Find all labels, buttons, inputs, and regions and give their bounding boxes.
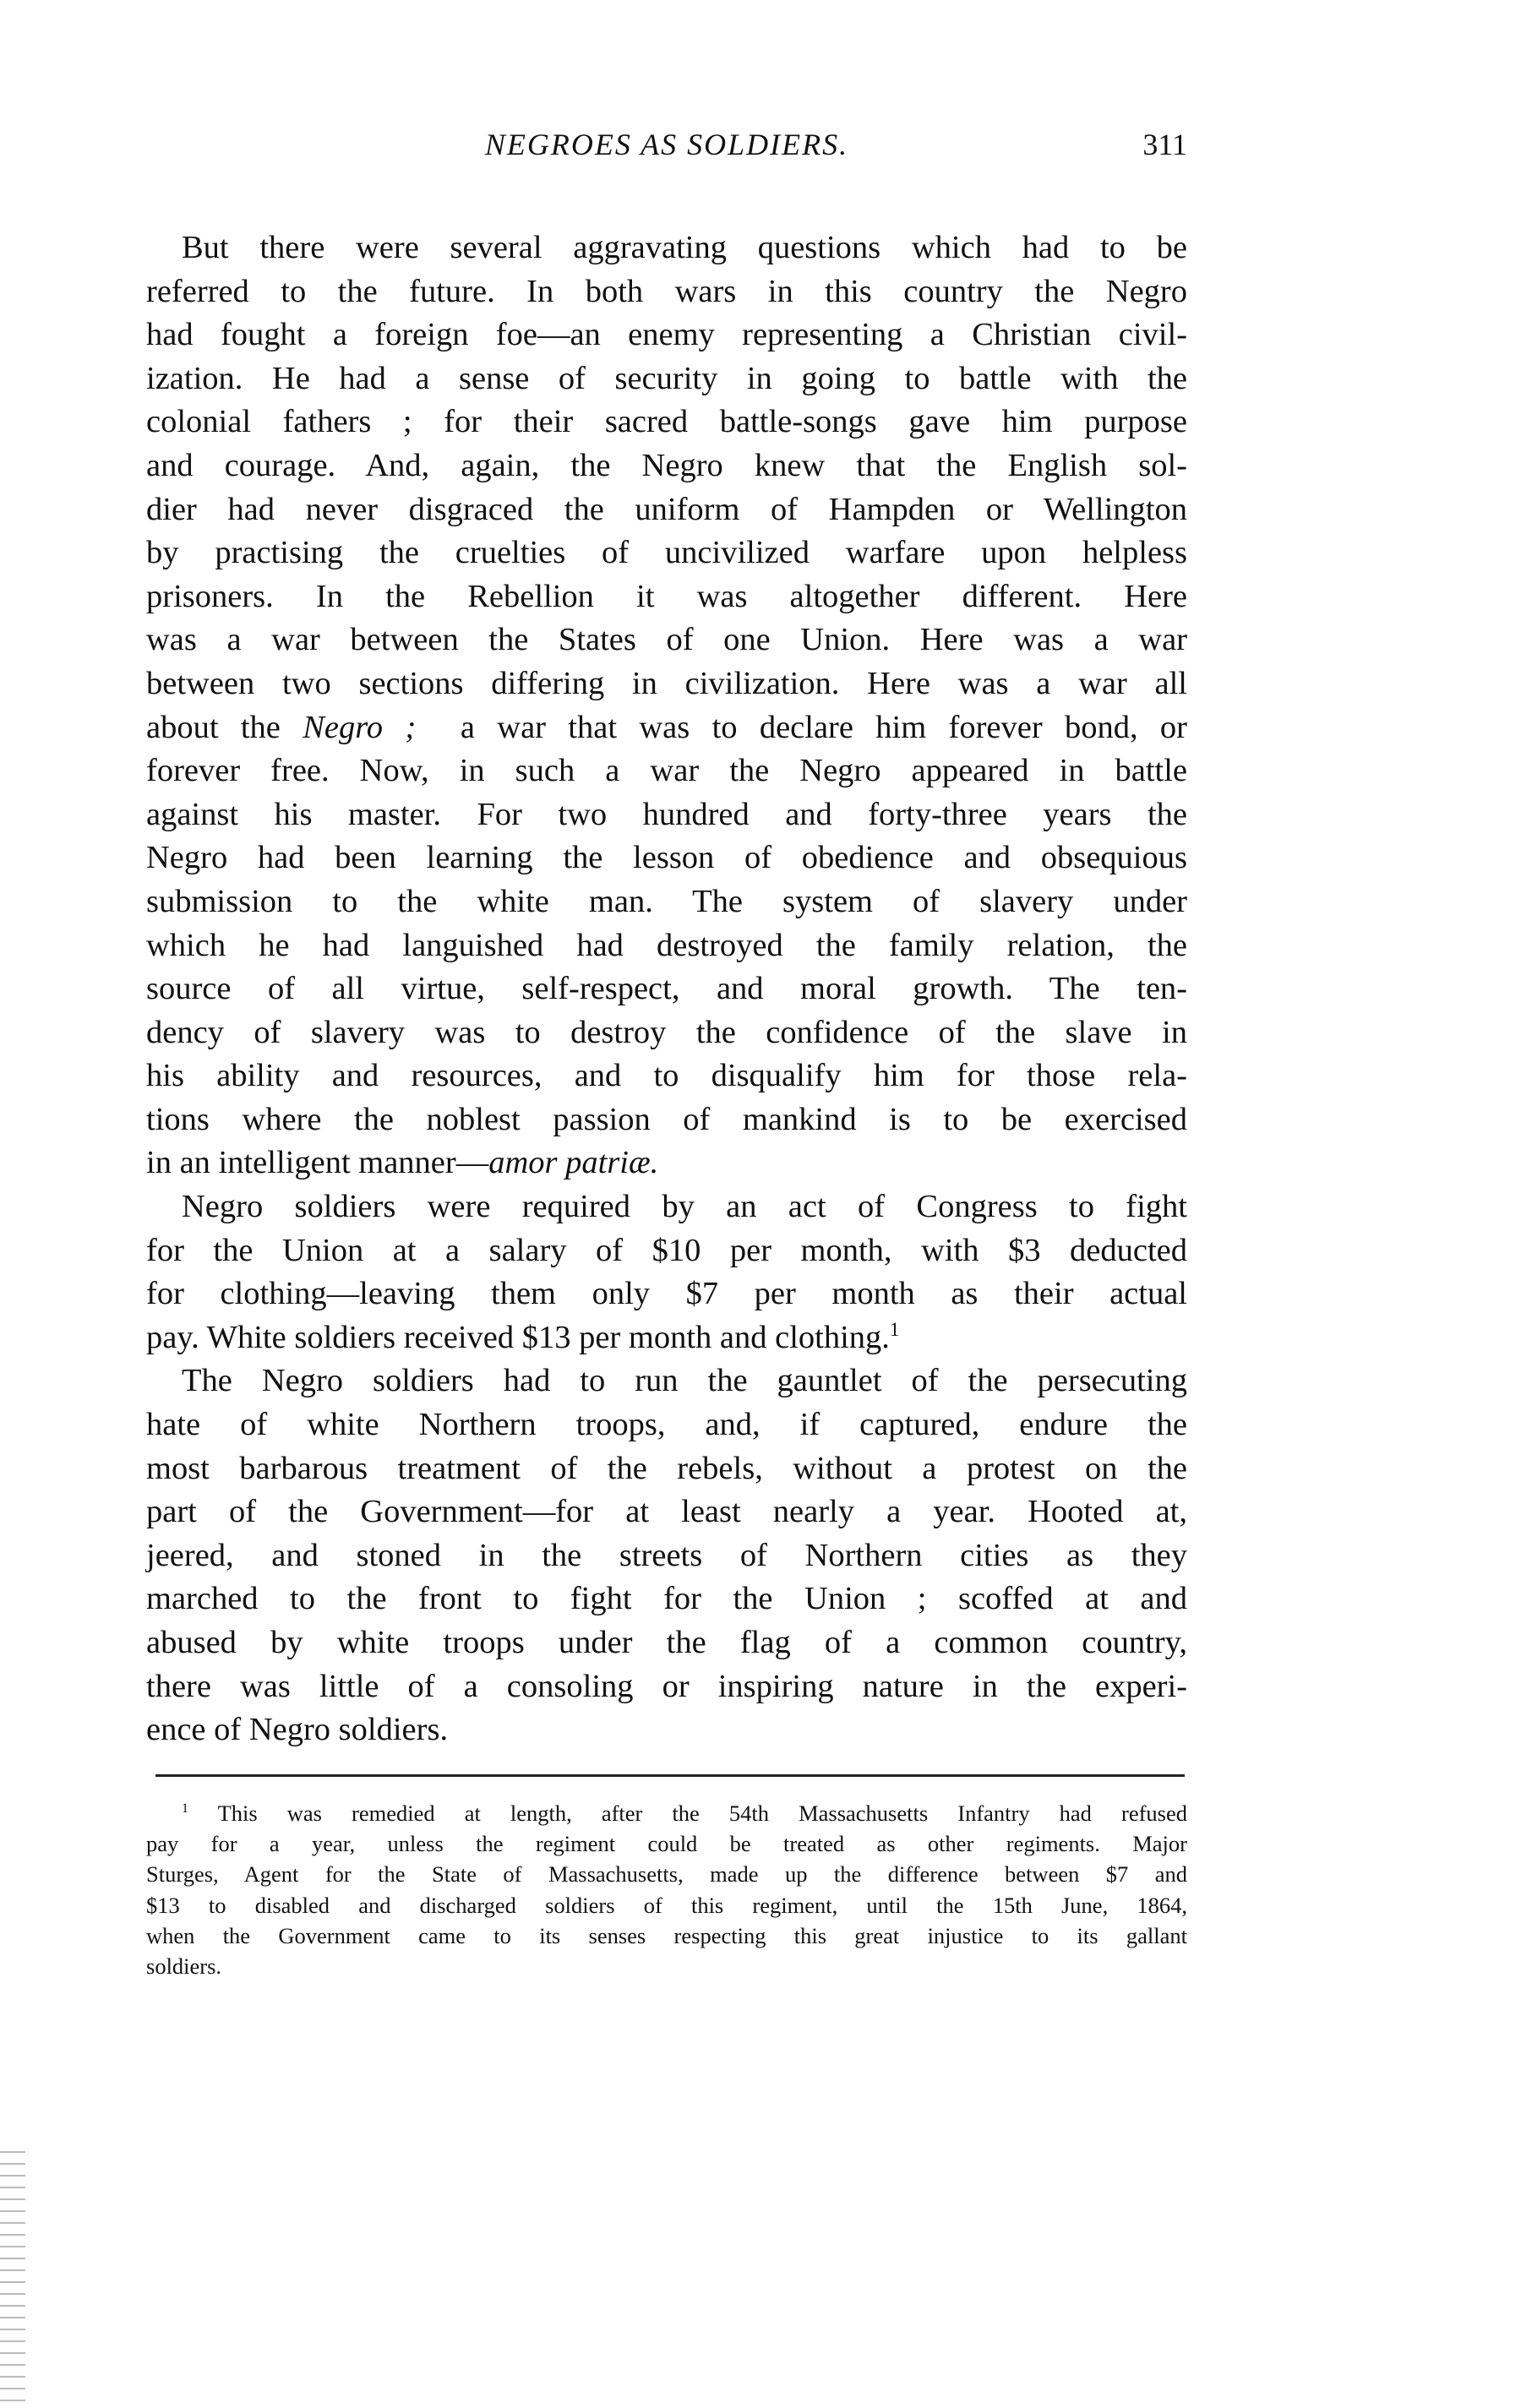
paragraph-1-line: But there were several aggravating quest… [146,226,1187,270]
paragraph-3-line: abused by white troops under the flag of… [146,1621,1187,1665]
paragraph-1-line: had fought a foreign foe—an enemy repres… [146,313,1187,357]
paragraph-2-line: for clothing—leaving them only $7 per mo… [146,1272,1187,1316]
text-fragment: This was remedied at length, after the 5… [218,1801,1187,1826]
paragraph-1-line: in an intelligent manner—amor patriæ. [146,1141,1187,1185]
paragraph-3-line: jeered, and stoned in the streets of Nor… [146,1534,1187,1578]
italic-negro: Negro ; [303,710,416,745]
text-fragment: pay. White soldiers received $13 per mon… [146,1320,890,1355]
italic-amor-patriae: amor patriæ. [488,1145,658,1180]
paragraph-3-line: The Negro soldiers had to run the gauntl… [146,1359,1187,1403]
text-fragment: about the [146,710,281,745]
paragraph-1-line: submission to the white man. The system … [146,880,1187,924]
paragraph-1-line: forever free. Now, in such a war the Neg… [146,749,1187,793]
scan-margin-artifact [0,2146,25,2408]
paragraph-1-line: dency of slavery was to destroy the conf… [146,1011,1187,1055]
body-text: But there were several aggravating quest… [146,226,1187,1752]
footnote-line: Sturges, Agent for the State of Massachu… [146,1859,1187,1889]
footnote-line: pay for a year, unless the regiment coul… [146,1828,1187,1859]
paragraph-3-line: most barbarous treatment of the rebels, … [146,1447,1187,1491]
paragraph-2-line: for the Union at a salary of $10 per mon… [146,1229,1187,1273]
footnote-marker: 1 [182,1801,188,1816]
paragraph-1-line: ization. He had a sense of security in g… [146,357,1187,401]
paragraph-1-line: about the Negro ; a war that was to decl… [146,706,1187,750]
paragraph-2-line: pay. White soldiers received $13 per mon… [146,1316,1187,1360]
paragraph-1-line: source of all virtue, self-respect, and … [146,967,1187,1011]
paragraph-3-line: ence of Negro soldiers. [146,1708,1187,1752]
paragraph-3-line: marched to the front to fight for the Un… [146,1577,1187,1621]
paragraph-3-line: there was little of a consoling or inspi… [146,1665,1187,1709]
footnote-line: 1 This was remedied at length, after the… [146,1798,1187,1828]
paragraph-1-line: was a war between the States of one Unio… [146,618,1187,662]
paragraph-1-line: by practising the cruelties of unciviliz… [146,531,1187,575]
paragraph-1-line: referred to the future. In both wars in … [146,270,1187,314]
running-head: NEGROES AS SOLDIERS. 311 [146,127,1187,169]
footnote-line: soldiers. [146,1951,1187,1981]
paragraph-1-line: prisoners. In the Rebellion it was altog… [146,575,1187,619]
paragraph-1-line: against his master. For two hundred and … [146,793,1187,837]
text-fragment: in an intelligent manner— [146,1145,488,1180]
footnote-divider [155,1774,1185,1777]
text-fragment: a war that was to declare him forever bo… [461,710,1187,745]
footnote-line: $13 to disabled and discharged soldiers … [146,1890,1187,1920]
paragraph-3-line: part of the Government—for at least near… [146,1490,1187,1534]
running-title: NEGROES AS SOLDIERS. [146,127,1187,162]
paragraph-1-line: tions where the noblest passion of manki… [146,1098,1187,1142]
paragraph-1-line: colonial fathers ; for their sacred batt… [146,400,1187,444]
paragraph-2-line: Negro soldiers were required by an act o… [146,1185,1187,1229]
paragraph-1-line: and courage. And, again, the Negro knew … [146,444,1187,488]
footnote: 1 This was remedied at length, after the… [146,1798,1187,1981]
paragraph-3-line: hate of white Northern troops, and, if c… [146,1403,1187,1447]
paragraph-1-line: Negro had been learning the lesson of ob… [146,836,1187,880]
paragraph-1-line: which he had languished had destroyed th… [146,924,1187,968]
page-number: 311 [1142,127,1187,162]
paragraph-1-line: his ability and resources, and to disqua… [146,1054,1187,1098]
paragraph-1-line: between two sections differing in civili… [146,662,1187,706]
paragraph-1-line: dier had never disgraced the uniform of … [146,488,1187,532]
footnote-reference[interactable]: 1 [890,1318,900,1340]
footnote-line: when the Government came to its senses r… [146,1920,1187,1951]
